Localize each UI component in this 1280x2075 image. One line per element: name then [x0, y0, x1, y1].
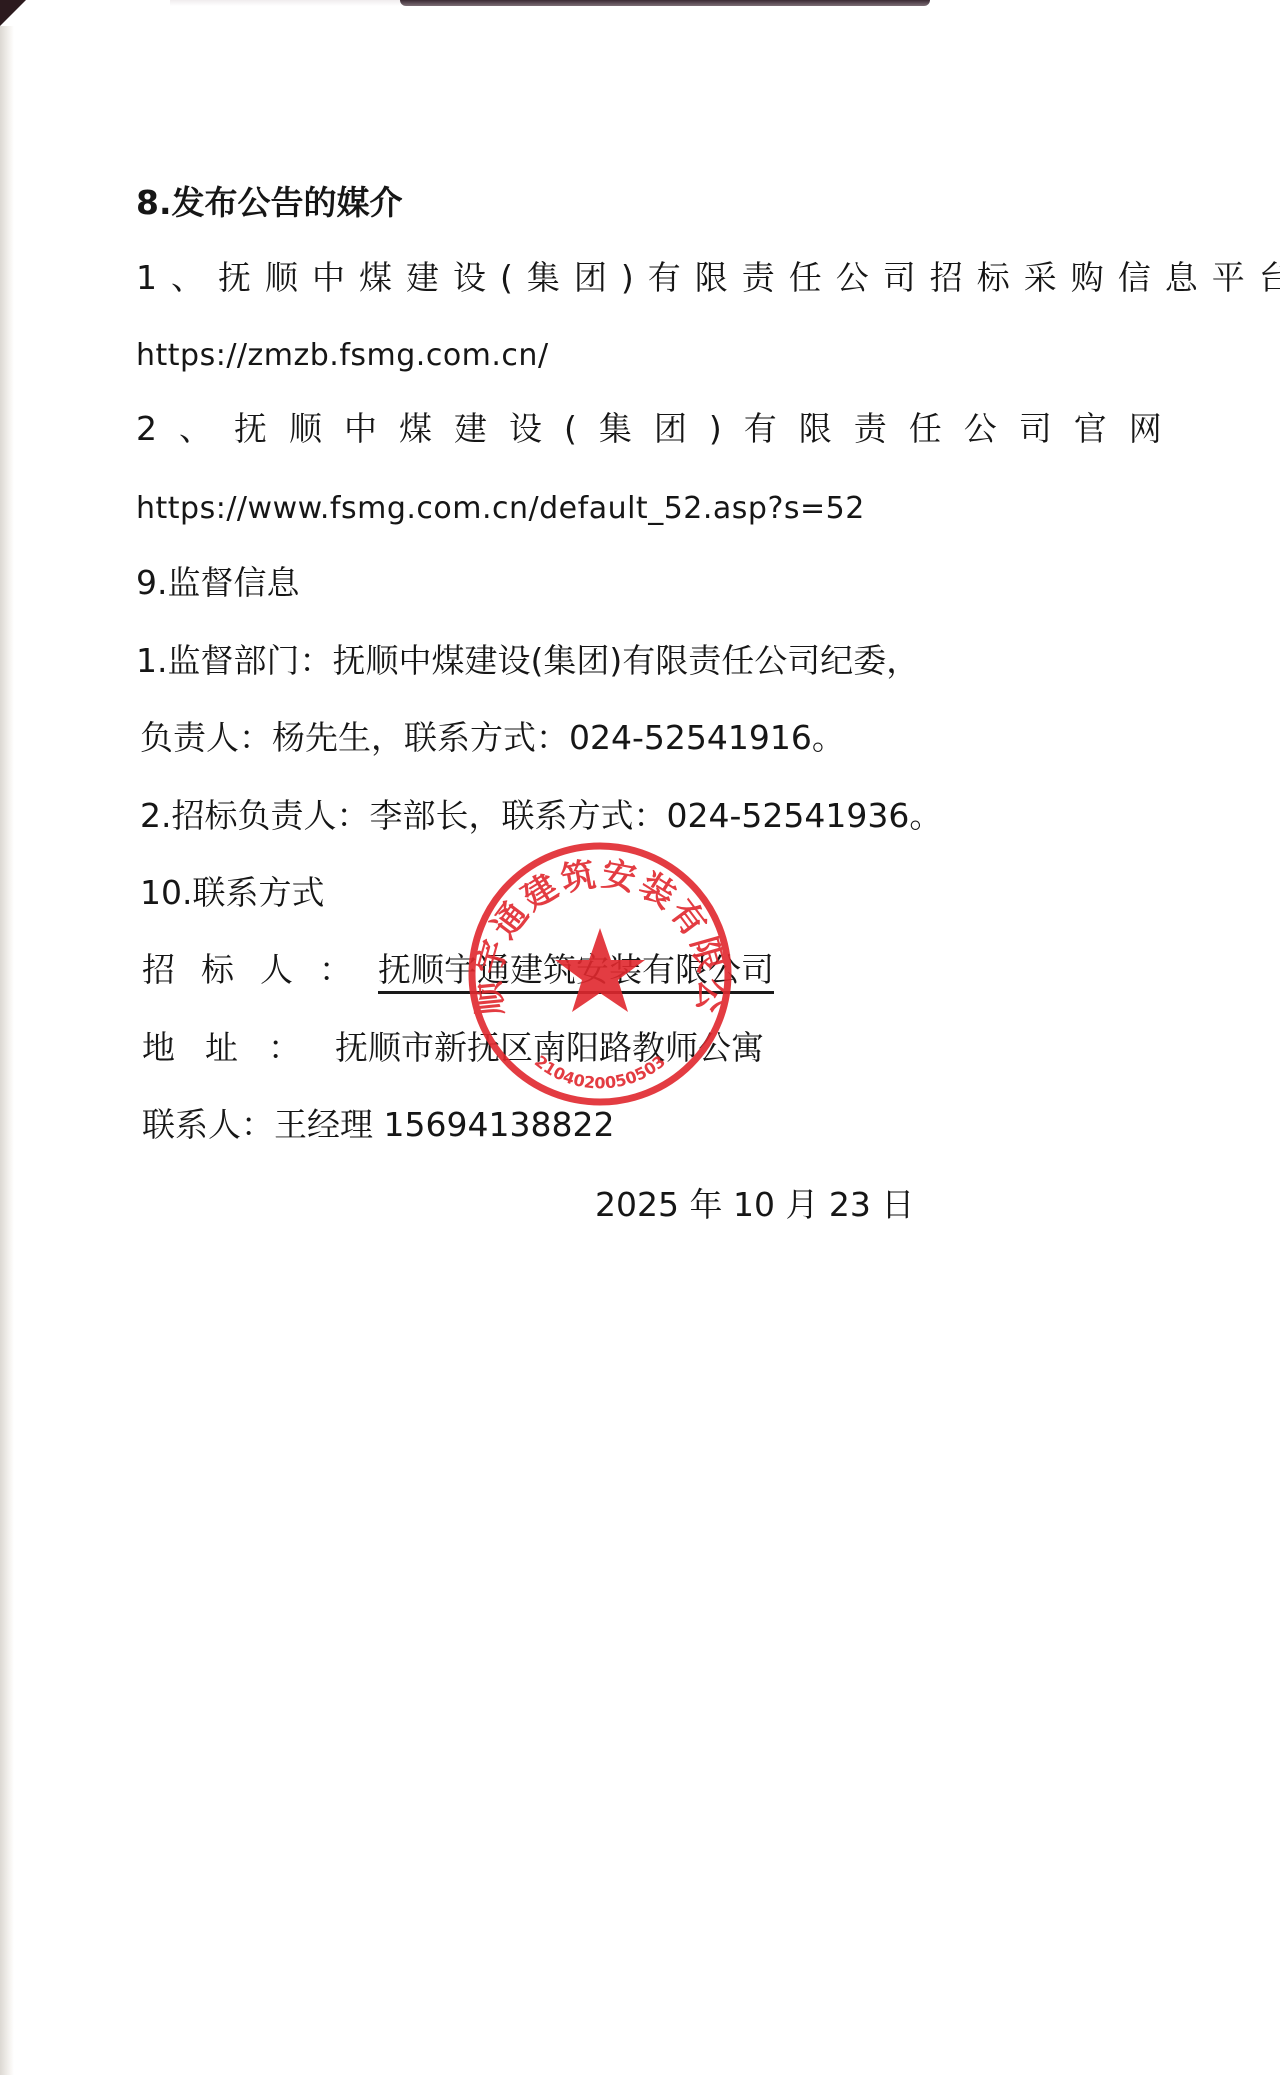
- section-heading-contact: 10.联系方式: [140, 873, 324, 913]
- address-row: 地址：抚顺市新抚区南阳路教师公寓: [142, 1028, 764, 1068]
- media-item-2-label: 2、抚顺中煤建设(集团)有限责任公司官网: [136, 409, 1184, 449]
- tender-contact-line: 2.招标负责人：李部长，联系方式：024-52541936。: [140, 796, 942, 836]
- media-item-1-label: 1、抚顺中煤建设(集团)有限责任公司招标采购信息平台: [136, 258, 1280, 298]
- document-date: 2025 年 10 月 23 日: [595, 1185, 914, 1225]
- contact-person-value: 王经理 15694138822: [274, 1105, 614, 1144]
- address-label: 地址：: [142, 1028, 331, 1067]
- supervision-dept-line: 1.监督部门：抚顺中煤建设(集团)有限责任公司纪委，: [136, 641, 919, 681]
- supervision-dept-contact: 负责人：杨先生，联系方式：024-52541916。: [140, 718, 845, 758]
- tenderer-value: 抚顺宇通建筑安装有限公司: [378, 950, 774, 994]
- document-page: 8.发布公告的媒介 1、抚顺中煤建设(集团)有限责任公司招标采购信息平台 htt…: [0, 0, 1280, 2075]
- media-item-2-url: https://www.fsmg.com.cn/default_52.asp?s…: [136, 489, 865, 529]
- contact-person-label: 联系人：: [142, 1105, 274, 1144]
- media-item-1-url: https://zmzb.fsmg.com.cn/: [136, 336, 549, 376]
- contact-person-row: 联系人：王经理 15694138822: [142, 1105, 614, 1145]
- section-heading-media: 8.发布公告的媒介: [136, 183, 403, 223]
- section-heading-supervision: 9.监督信息: [136, 563, 300, 603]
- tenderer-row: 招标人：抚顺宇通建筑安装有限公司: [142, 950, 774, 990]
- address-value: 抚顺市新抚区南阳路教师公寓: [335, 1028, 764, 1067]
- tenderer-label: 招标人：: [142, 950, 378, 989]
